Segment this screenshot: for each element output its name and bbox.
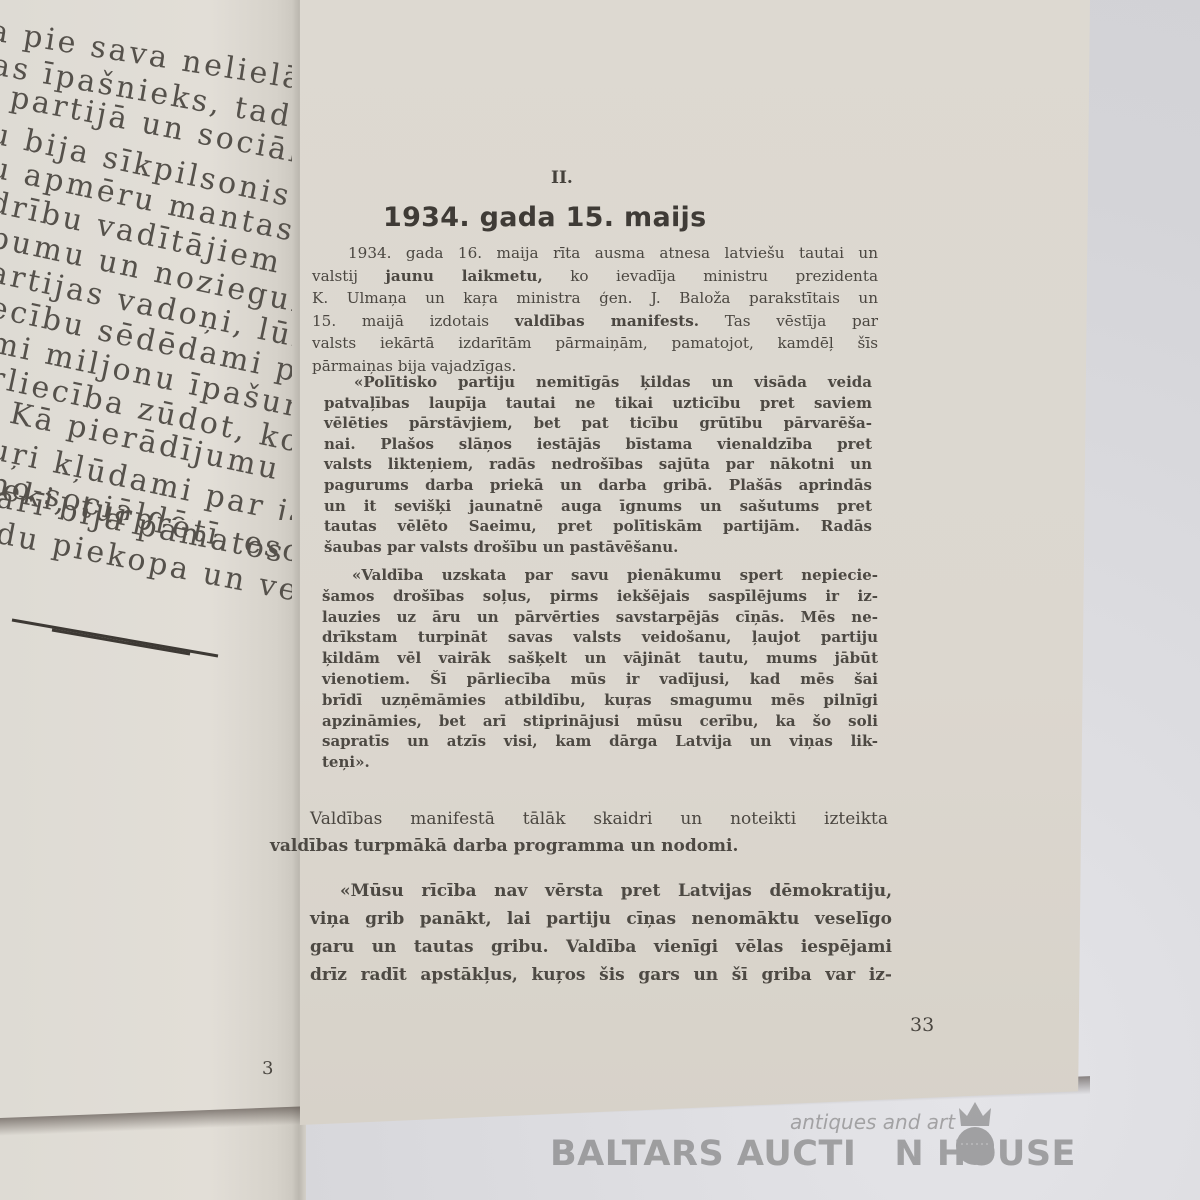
text-line: Valdības manifestā tālāk skaidri un note… (310, 806, 888, 833)
left-page-text-block: ika pie sava nelielā īpašuma cas īpašnie… (0, 0, 296, 520)
text-line: tautas vēlēto Saeimu, pret polītiskām pa… (324, 516, 872, 537)
text-line: šamos drošības soļus, pirms iekšējais sa… (322, 586, 878, 607)
text-line: «Valdība uzskata par savu pienākumu sper… (322, 565, 878, 586)
section-end-ornament (10, 618, 220, 668)
text-line: drīz radīt apstākļus, kuŗos šis gars un … (310, 961, 892, 989)
emphasis-manifesto: valdības manifests. (515, 312, 699, 330)
left-page-text-block-3: arī bija pamatos tam «kul du piekopa un … (0, 480, 296, 640)
text-line: apzināmies, bet arī stiprinājusi mūsu ce… (322, 711, 878, 732)
auction-house-watermark: antiques and art BALTARS AUCTIN HOUSE (560, 1100, 1120, 1190)
text-line: pagurums darba priekā un darba gribā. Pl… (324, 475, 872, 496)
chapter-title: 1934. gada 15. maijs (383, 202, 706, 233)
watermark-brand: BALTARS AUCTIN HOUSE (550, 1134, 1076, 1174)
crown-logo-icon (955, 1100, 995, 1170)
intro-paragraph: 1934. gada 16. maija rīta ausma atnesa l… (318, 242, 878, 377)
watermark-tagline: antiques and art (790, 1110, 955, 1134)
text-line: vienotiem. Šī pārliecība mūs ir vadījusi… (322, 669, 878, 690)
text-line: valsts iekārtā izdarītām pārmaiņām, pama… (312, 332, 878, 355)
left-page-number: 3 (262, 1058, 273, 1079)
text-line: sapratīs un atzīs visi, kam dārga Latvij… (322, 731, 878, 752)
summary-paragraph: Valdības manifestā tālāk skaidri un note… (310, 806, 888, 860)
text-line: viņa grib panākt, lai partiju cīņas neno… (310, 905, 892, 933)
text-line: 15. maijā izdotais valdības manifests. T… (312, 310, 878, 333)
text-line: valdības turpmākā darba programma un nod… (270, 833, 888, 860)
emphasis-new-era: jaunu laikmetu, (385, 267, 542, 285)
text-line: ķildām vēl vairāk sašķelt un vājināt tau… (322, 648, 878, 669)
quote-paragraph-3: «Mūsu rīcība nav vērsta pret Latvijas dē… (310, 877, 892, 989)
quote-paragraph-2: «Valdība uzskata par savu pienākumu sper… (322, 565, 878, 773)
page-number: 33 (910, 1014, 934, 1036)
text-line: K. Ulmaņa un kaŗa ministra ģen. J. Balož… (312, 287, 878, 310)
quote-paragraph-1: «Polītisko partiju nemitīgās ķildas un v… (324, 372, 872, 557)
text-line: lauzies uz āru un pārvērties savstarpējā… (322, 607, 878, 628)
text-line: «Mūsu rīcība nav vērsta pret Latvijas dē… (310, 877, 892, 905)
left-page: ika pie sava nelielā īpašuma cas īpašnie… (0, 0, 300, 1200)
text-line: brīdī uzņēmāmies atbildību, kuŗas smagum… (322, 690, 878, 711)
text-line: drīkstam turpināt savas valsts veidošanu… (322, 627, 878, 648)
text-line: valstij jaunu laikmetu, ko ievadīja mini… (312, 265, 878, 288)
chapter-number: II. (551, 168, 573, 188)
text-line: patvaļības laupīja tautai ne tikai uztic… (324, 393, 872, 414)
text-line: nai. Plašos slāņos iestājās bīstama vien… (324, 434, 872, 455)
text-line: «Polītisko partiju nemitīgās ķildas un v… (324, 372, 872, 393)
text-line: 1934. gada 16. maija rīta ausma atnesa l… (318, 242, 878, 265)
text-line: valsts likteņiem, radās nedrošības sajūt… (324, 454, 872, 475)
text-line: vēlēties pārstāvjiem, bet pat ticību grū… (324, 413, 872, 434)
text-line: garu un tautas gribu. Valdība vienīgi vē… (310, 933, 892, 961)
text-line: šaubas par valsts drošību un pastāvēšanu… (324, 537, 872, 558)
text-line: teņi». (322, 752, 878, 773)
text-line: un it sevišķi jaunatnē auga īgnums un sa… (324, 496, 872, 517)
